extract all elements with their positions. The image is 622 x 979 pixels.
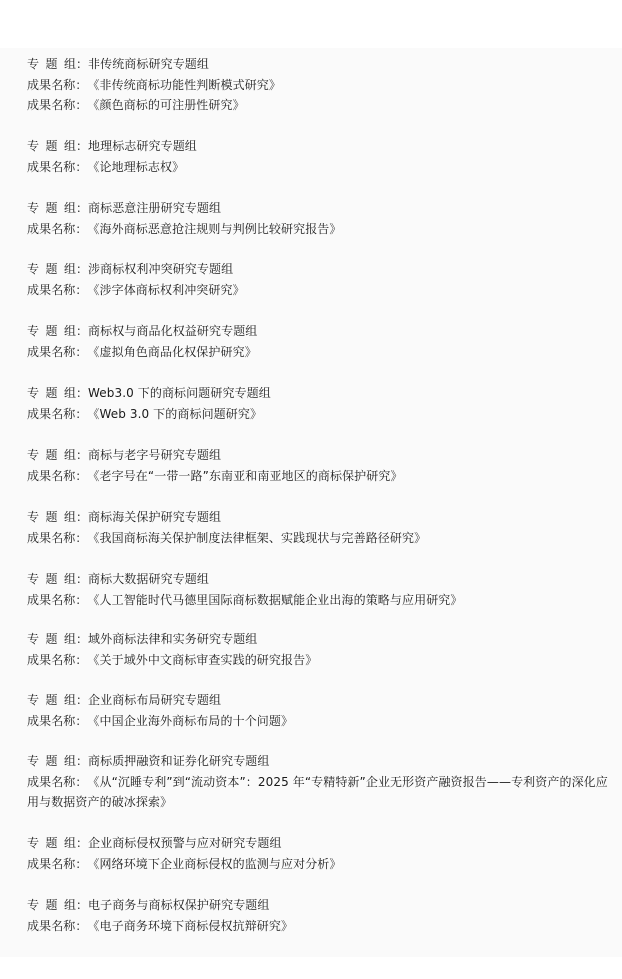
result-line: 成果名称：《从“沉睡专利”到“流动资本”：2025 年“专精特新”企业无形资产融… [27, 772, 612, 813]
result-line: 成果名称：《人工智能时代马德里国际商标数据赋能企业出海的策略与应用研究》 [27, 590, 612, 611]
result-title: 《颜色商标的可注册性研究》 [87, 98, 244, 112]
group-line: 专题组：商标海关保护研究专题组 [27, 507, 612, 528]
result-line: 成果名称：《网络环境下企业商标侵权的监测与应对分析》 [27, 854, 612, 875]
result-label: 成果名称 [27, 919, 75, 933]
colon: ： [75, 772, 87, 793]
research-group-entry: 专题组：涉商标权利冲突研究专题组 成果名称：《涉字体商标权利冲突研究》 [27, 259, 612, 300]
group-line: 专题组：企业商标侵权预警与应对研究专题组 [27, 833, 612, 854]
result-title: 《人工智能时代马德里国际商标数据赋能企业出海的策略与应用研究》 [87, 593, 462, 607]
colon: ： [76, 833, 88, 854]
group-name: 商标权与商品化权益研究专题组 [88, 324, 257, 338]
colon: ： [75, 916, 87, 937]
result-line: 成果名称：《老字号在“一带一路”东南亚和南亚地区的商标保护研究》 [27, 466, 612, 487]
result-line: 成果名称：《中国企业海外商标布局的十个问题》 [27, 711, 612, 732]
group-name: 企业商标侵权预警与应对研究专题组 [88, 836, 282, 850]
document-page: 专题组：非传统商标研究专题组 成果名称：《非传统商标功能性判断模式研究》成果名称… [0, 48, 622, 957]
group-label: 专题组 [27, 510, 76, 524]
colon: ： [76, 895, 88, 916]
research-group-entry: 专题组：域外商标法律和实务研究专题组 成果名称：《关于域外中文商标审查实践的研究… [27, 629, 612, 670]
research-group-entry: 专题组：商标恶意注册研究专题组 成果名称：《海外商标恶意抢注规则与判例比较研究报… [27, 198, 612, 239]
result-line: 成果名称：《海外商标恶意抢注规则与判例比较研究报告》 [27, 219, 612, 240]
colon: ： [75, 280, 87, 301]
colon: ： [76, 259, 88, 280]
result-title: 《涉字体商标权利冲突研究》 [87, 283, 244, 297]
result-label: 成果名称 [27, 531, 75, 545]
group-label: 专题组 [27, 324, 76, 338]
colon: ： [76, 690, 88, 711]
colon: ： [76, 198, 88, 219]
result-title: 《虚拟角色商品化权保护研究》 [87, 345, 256, 359]
result-title: 《中国企业海外商标布局的十个问题》 [87, 714, 293, 728]
group-label: 专题组 [27, 57, 76, 71]
group-label: 专题组 [27, 572, 76, 586]
colon: ： [75, 711, 87, 732]
colon: ： [75, 219, 87, 240]
group-name: 涉商标权利冲突研究专题组 [88, 262, 233, 276]
group-name: 地理标志研究专题组 [88, 139, 197, 153]
result-label: 成果名称 [27, 469, 75, 483]
research-group-entry: 专题组：非传统商标研究专题组 成果名称：《非传统商标功能性判断模式研究》成果名称… [27, 54, 612, 116]
group-label: 专题组 [27, 386, 76, 400]
colon: ： [76, 321, 88, 342]
group-line: 专题组：商标恶意注册研究专题组 [27, 198, 612, 219]
group-label: 专题组 [27, 693, 76, 707]
colon: ： [75, 404, 87, 425]
result-title: 《关于域外中文商标审查实践的研究报告》 [87, 653, 317, 667]
result-title: 《从“沉睡专利”到“流动资本”：2025 年“专精特新”企业无形资产融资报告——… [27, 775, 608, 810]
colon: ： [75, 650, 87, 671]
colon: ： [76, 383, 88, 404]
group-line: 专题组：Web3.0 下的商标问题研究专题组 [27, 383, 612, 404]
research-group-entry: 专题组：商标质押融资和证券化研究专题组 成果名称：《从“沉睡专利”到“流动资本”… [27, 751, 612, 813]
result-label: 成果名称 [27, 222, 75, 236]
result-line: 成果名称：《涉字体商标权利冲突研究》 [27, 280, 612, 301]
group-label: 专题组 [27, 262, 76, 276]
result-line: 成果名称：《非传统商标功能性判断模式研究》 [27, 75, 612, 96]
research-group-entry: 专题组：Web3.0 下的商标问题研究专题组 成果名称：《Web 3.0 下的商… [27, 383, 612, 424]
group-name: 企业商标布局研究专题组 [88, 693, 221, 707]
result-label: 成果名称 [27, 160, 75, 174]
group-label: 专题组 [27, 632, 76, 646]
colon: ： [75, 75, 87, 96]
colon: ： [75, 157, 87, 178]
research-group-entry: 专题组：商标权与商品化权益研究专题组 成果名称：《虚拟角色商品化权保护研究》 [27, 321, 612, 362]
result-line: 成果名称：《关于域外中文商标审查实践的研究报告》 [27, 650, 612, 671]
result-label: 成果名称 [27, 714, 75, 728]
group-line: 专题组：商标大数据研究专题组 [27, 569, 612, 590]
research-group-entry: 专题组：商标与老字号研究专题组 成果名称：《老字号在“一带一路”东南亚和南亚地区… [27, 445, 612, 486]
group-name: 非传统商标研究专题组 [88, 57, 209, 71]
result-line: 成果名称：《颜色商标的可注册性研究》 [27, 95, 612, 116]
group-name: 域外商标法律和实务研究专题组 [88, 632, 257, 646]
group-line: 专题组：商标权与商品化权益研究专题组 [27, 321, 612, 342]
group-line: 专题组：非传统商标研究专题组 [27, 54, 612, 75]
result-label: 成果名称 [27, 857, 75, 871]
group-label: 专题组 [27, 139, 76, 153]
result-title: 《我国商标海关保护制度法律框架、实践现状与完善路径研究》 [87, 531, 426, 545]
result-label: 成果名称 [27, 653, 75, 667]
group-line: 专题组：域外商标法律和实务研究专题组 [27, 629, 612, 650]
group-label: 专题组 [27, 836, 76, 850]
result-line: 成果名称：《Web 3.0 下的商标问题研究》 [27, 404, 612, 425]
colon: ： [75, 342, 87, 363]
result-line: 成果名称：《论地理标志权》 [27, 157, 612, 178]
result-label: 成果名称 [27, 593, 75, 607]
group-line: 专题组：地理标志研究专题组 [27, 136, 612, 157]
result-line: 成果名称：《虚拟角色商品化权保护研究》 [27, 342, 612, 363]
result-label: 成果名称 [27, 283, 75, 297]
group-name: 商标大数据研究专题组 [88, 572, 209, 586]
group-name: 商标与老字号研究专题组 [88, 448, 221, 462]
result-title: 《Web 3.0 下的商标问题研究》 [87, 407, 262, 421]
colon: ： [76, 629, 88, 650]
colon: ： [75, 854, 87, 875]
research-group-entry: 专题组：商标海关保护研究专题组 成果名称：《我国商标海关保护制度法律框架、实践现… [27, 507, 612, 548]
colon: ： [75, 590, 87, 611]
group-label: 专题组 [27, 448, 76, 462]
research-group-entry: 专题组：地理标志研究专题组 成果名称：《论地理标志权》 [27, 136, 612, 177]
group-line: 专题组：企业商标布局研究专题组 [27, 690, 612, 711]
result-line: 成果名称：《电子商务环境下商标侵权抗辩研究》 [27, 916, 612, 937]
result-title: 《海外商标恶意抢注规则与判例比较研究报告》 [87, 222, 341, 236]
colon: ： [76, 507, 88, 528]
colon: ： [76, 54, 88, 75]
colon: ： [75, 466, 87, 487]
research-group-entry: 专题组：企业商标侵权预警与应对研究专题组 成果名称：《网络环境下企业商标侵权的监… [27, 833, 612, 874]
colon: ： [76, 569, 88, 590]
result-title: 《论地理标志权》 [87, 160, 184, 174]
research-group-entry: 专题组：电子商务与商标权保护研究专题组 成果名称：《电子商务环境下商标侵权抗辩研… [27, 895, 612, 936]
group-line: 专题组：商标质押融资和证券化研究专题组 [27, 751, 612, 772]
group-name: 电子商务与商标权保护研究专题组 [88, 898, 270, 912]
research-group-entry: 专题组：商标大数据研究专题组 成果名称：《人工智能时代马德里国际商标数据赋能企业… [27, 569, 612, 610]
group-label: 专题组 [27, 754, 76, 768]
result-label: 成果名称 [27, 78, 75, 92]
result-label: 成果名称 [27, 345, 75, 359]
result-label: 成果名称 [27, 775, 75, 789]
group-name: 商标质押融资和证券化研究专题组 [88, 754, 270, 768]
colon: ： [76, 136, 88, 157]
group-label: 专题组 [27, 898, 76, 912]
group-label: 专题组 [27, 201, 76, 215]
result-label: 成果名称 [27, 98, 75, 112]
colon: ： [75, 95, 87, 116]
result-title: 《老字号在“一带一路”东南亚和南亚地区的商标保护研究》 [87, 469, 402, 483]
result-title: 《电子商务环境下商标侵权抗辩研究》 [87, 919, 293, 933]
colon: ： [76, 751, 88, 772]
group-name: 商标恶意注册研究专题组 [88, 201, 221, 215]
result-line: 成果名称：《我国商标海关保护制度法律框架、实践现状与完善路径研究》 [27, 528, 612, 549]
research-group-entry: 专题组：企业商标布局研究专题组 成果名称：《中国企业海外商标布局的十个问题》 [27, 690, 612, 731]
result-title: 《非传统商标功能性判断模式研究》 [87, 78, 281, 92]
group-name: Web3.0 下的商标问题研究专题组 [88, 386, 271, 400]
result-title: 《网络环境下企业商标侵权的监测与应对分析》 [87, 857, 341, 871]
group-line: 专题组：涉商标权利冲突研究专题组 [27, 259, 612, 280]
group-name: 商标海关保护研究专题组 [88, 510, 221, 524]
result-label: 成果名称 [27, 407, 75, 421]
colon: ： [76, 445, 88, 466]
colon: ： [75, 528, 87, 549]
group-line: 专题组：电子商务与商标权保护研究专题组 [27, 895, 612, 916]
group-line: 专题组：商标与老字号研究专题组 [27, 445, 612, 466]
